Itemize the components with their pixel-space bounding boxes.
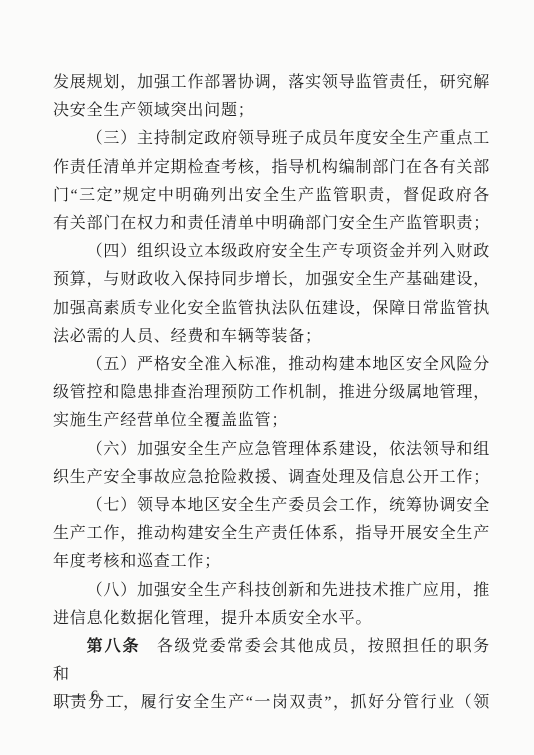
body-line: 作责任清单并定期检查考核，指导机构编制部门在各有关部	[53, 154, 490, 182]
body-line: 加强高素质专业化安全监管执法队伍建设，保障日常监管执	[53, 295, 490, 323]
body-line: 门“三定”规定中明确列出安全生产监管职责，督促政府各	[53, 182, 490, 210]
body-line: 发展规划，加强工作部署协调，落实领导监管责任，研究解	[53, 69, 490, 97]
body-line: （三）主持制定政府领导班子成员年度安全生产重点工	[53, 125, 490, 153]
body-line: 预算，与财政收入保持同步增长，加强安全生产基础建设，	[53, 266, 490, 294]
body-line: 有关部门在权力和责任清单中明确部门安全生产监管职责；	[53, 210, 490, 238]
body-line-article-8: 第八条各级党委常委会其他成员，按照担任的职务和	[53, 633, 490, 689]
body-line: 生产工作，推动构建安全生产责任体系，指导开展安全生产	[53, 520, 490, 548]
article-number: 第八条	[87, 638, 141, 655]
body-line: （六）加强安全生产应急管理体系建设，依法领导和组	[53, 436, 490, 464]
body-line: 进信息化数据化管理，提升本质安全水平。	[53, 605, 490, 633]
page-number: — 6 —	[66, 688, 124, 704]
scanned-page: 发展规划，加强工作部署协调，落实领导监管责任，研究解 决安全生产领域突出问题； …	[0, 0, 534, 755]
body-line: 决安全生产领域突出问题；	[53, 97, 490, 125]
body-line: 织生产安全事故应急抢险救援、调查处理及信息公开工作；	[53, 464, 490, 492]
body-line: 年度考核和巡查工作；	[53, 548, 490, 576]
body-line: （五）严格安全准入标准，推动构建本地区安全风险分	[53, 351, 490, 379]
body-line: 级管控和隐患排查治理预防工作机制，推进分级属地管理，	[53, 379, 490, 407]
body-line: （八）加强安全生产科技创新和先进技术推广应用，推	[53, 577, 490, 605]
body-line: 法必需的人员、经费和车辆等装备；	[53, 323, 490, 351]
body-line: （七）领导本地区安全生产委员会工作，统筹协调安全	[53, 492, 490, 520]
document-body: 发展规划，加强工作部署协调，落实领导监管责任，研究解 决安全生产领域突出问题； …	[53, 69, 490, 718]
body-line: （四）组织设立本级政府安全生产专项资金并列入财政	[53, 238, 490, 266]
body-line: 实施生产经营单位全覆盖监管；	[53, 407, 490, 435]
